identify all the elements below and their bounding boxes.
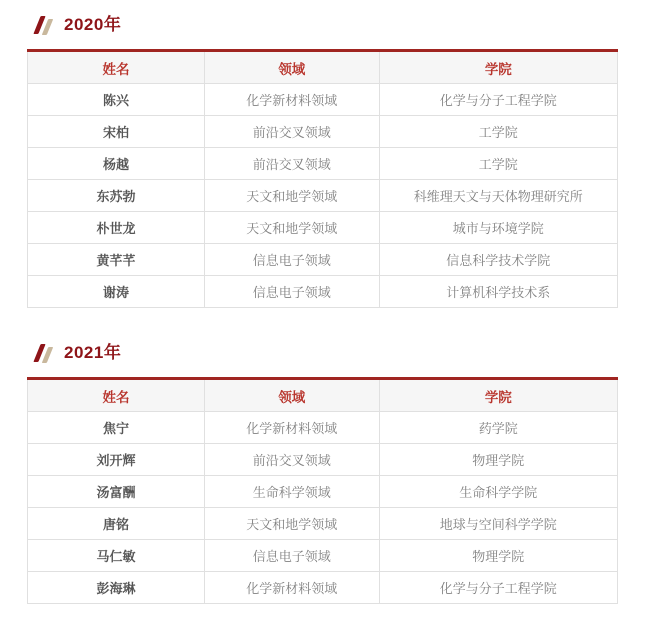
cell-college: 物理学院 <box>379 444 617 476</box>
cell-college: 工学院 <box>379 116 617 148</box>
cell-field: 前沿交叉领域 <box>205 148 380 180</box>
cell-field: 化学新材料领域 <box>205 572 380 604</box>
table-row: 宋柏前沿交叉领域工学院 <box>28 116 618 148</box>
table-row: 汤富酬生命科学领域生命科学学院 <box>28 476 618 508</box>
cell-college: 药学院 <box>379 412 617 444</box>
table-row: 朴世龙天文和地学领域城市与环境学院 <box>28 212 618 244</box>
year-section: 2020年 姓名领域学院 陈兴化学新材料领域化学与分子工程学院宋柏前沿交叉领域工… <box>27 14 618 308</box>
cell-college: 计算机科学技术系 <box>379 276 617 308</box>
cell-field: 信息电子领域 <box>205 244 380 276</box>
cell-field: 前沿交叉领域 <box>205 116 380 148</box>
cell-college: 物理学院 <box>379 540 617 572</box>
table-row: 黄芊芊信息电子领域信息科学技术学院 <box>28 244 618 276</box>
column-header: 姓名 <box>28 379 205 412</box>
cell-name: 汤富酬 <box>28 476 205 508</box>
table-header-row: 姓名领域学院 <box>28 51 618 84</box>
sections-container: 2020年 姓名领域学院 陈兴化学新材料领域化学与分子工程学院宋柏前沿交叉领域工… <box>27 14 618 604</box>
year-title: 2020年 <box>64 14 121 36</box>
cell-name: 刘开辉 <box>28 444 205 476</box>
column-header: 姓名 <box>28 51 205 84</box>
table-row: 刘开辉前沿交叉领域物理学院 <box>28 444 618 476</box>
section-header: 2021年 <box>32 342 618 364</box>
cell-field: 天文和地学领域 <box>205 508 380 540</box>
column-header: 学院 <box>379 379 617 412</box>
table-row: 唐铭天文和地学领域地球与空间科学学院 <box>28 508 618 540</box>
table-body: 陈兴化学新材料领域化学与分子工程学院宋柏前沿交叉领域工学院杨越前沿交叉领域工学院… <box>28 84 618 308</box>
cell-field: 化学新材料领域 <box>205 84 380 116</box>
table-row: 陈兴化学新材料领域化学与分子工程学院 <box>28 84 618 116</box>
cell-field: 前沿交叉领域 <box>205 444 380 476</box>
year-section: 2021年 姓名领域学院 焦宁化学新材料领域药学院刘开辉前沿交叉领域物理学院汤富… <box>27 342 618 604</box>
cell-name: 马仁敏 <box>28 540 205 572</box>
cell-name: 焦宁 <box>28 412 205 444</box>
awards-table: 姓名领域学院 焦宁化学新材料领域药学院刘开辉前沿交叉领域物理学院汤富酬生命科学领… <box>27 377 618 604</box>
table-row: 东苏勃天文和地学领域科维理天文与天体物理研究所 <box>28 180 618 212</box>
cell-college: 化学与分子工程学院 <box>379 572 617 604</box>
section-header: 2020年 <box>32 14 618 36</box>
cell-field: 天文和地学领域 <box>205 180 380 212</box>
double-slash-icon <box>32 15 56 35</box>
column-header: 学院 <box>379 51 617 84</box>
cell-college: 生命科学学院 <box>379 476 617 508</box>
cell-name: 彭海琳 <box>28 572 205 604</box>
cell-name: 唐铭 <box>28 508 205 540</box>
page: 2020年 姓名领域学院 陈兴化学新材料领域化学与分子工程学院宋柏前沿交叉领域工… <box>0 0 645 604</box>
year-title: 2021年 <box>64 342 121 364</box>
cell-college: 科维理天文与天体物理研究所 <box>379 180 617 212</box>
cell-college: 城市与环境学院 <box>379 212 617 244</box>
awards-table: 姓名领域学院 陈兴化学新材料领域化学与分子工程学院宋柏前沿交叉领域工学院杨越前沿… <box>27 49 618 308</box>
cell-college: 地球与空间科学学院 <box>379 508 617 540</box>
cell-college: 工学院 <box>379 148 617 180</box>
table-row: 焦宁化学新材料领域药学院 <box>28 412 618 444</box>
table-row: 谢涛信息电子领域计算机科学技术系 <box>28 276 618 308</box>
column-header: 领域 <box>205 379 380 412</box>
double-slash-icon <box>32 343 56 363</box>
cell-field: 生命科学领域 <box>205 476 380 508</box>
cell-name: 杨越 <box>28 148 205 180</box>
cell-college: 信息科学技术学院 <box>379 244 617 276</box>
table-row: 彭海琳化学新材料领域化学与分子工程学院 <box>28 572 618 604</box>
column-header: 领域 <box>205 51 380 84</box>
cell-field: 信息电子领域 <box>205 276 380 308</box>
table-body: 焦宁化学新材料领域药学院刘开辉前沿交叉领域物理学院汤富酬生命科学领域生命科学学院… <box>28 412 618 604</box>
cell-name: 宋柏 <box>28 116 205 148</box>
cell-name: 东苏勃 <box>28 180 205 212</box>
cell-field: 天文和地学领域 <box>205 212 380 244</box>
table-header-row: 姓名领域学院 <box>28 379 618 412</box>
cell-name: 黄芊芊 <box>28 244 205 276</box>
cell-field: 化学新材料领域 <box>205 412 380 444</box>
cell-name: 朴世龙 <box>28 212 205 244</box>
cell-name: 谢涛 <box>28 276 205 308</box>
table-row: 马仁敏信息电子领域物理学院 <box>28 540 618 572</box>
cell-name: 陈兴 <box>28 84 205 116</box>
cell-college: 化学与分子工程学院 <box>379 84 617 116</box>
cell-field: 信息电子领域 <box>205 540 380 572</box>
table-row: 杨越前沿交叉领域工学院 <box>28 148 618 180</box>
